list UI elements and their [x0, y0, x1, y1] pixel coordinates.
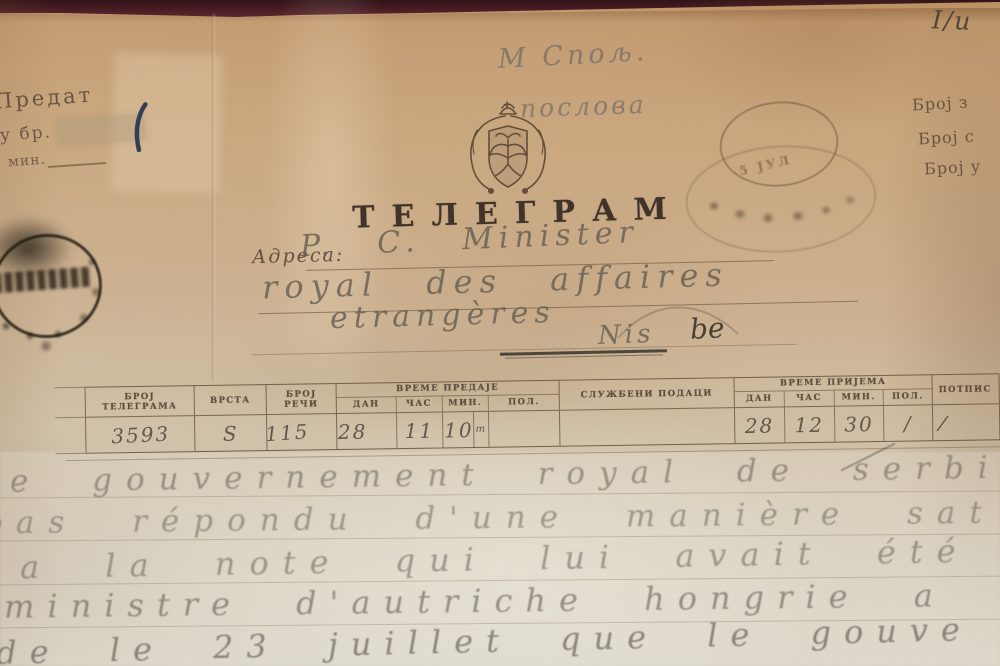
value-broj-reci: 115	[267, 414, 338, 450]
header-sluzbeni-podaci: СЛУЖБЕНИ ПОДАЦИ	[560, 378, 735, 410]
form-field-min: мин.	[7, 152, 46, 171]
header-potpis: ПОТПИС	[932, 374, 999, 404]
postal-stamp-black	[0, 222, 126, 354]
blue-ink-mark	[132, 102, 150, 154]
address-ink-note: be	[689, 311, 725, 346]
value-potpis: /	[933, 404, 1000, 440]
address-city: Nis	[597, 319, 654, 351]
table-edge-line	[56, 453, 86, 455]
header-broj-reci: БРОЈ РЕЧИ	[267, 384, 337, 414]
form-fill-line	[48, 162, 106, 168]
vreme-predaje-subheaders: ДАН ЧАС МИН. ПОЛ.	[337, 394, 559, 413]
form-label-broj-1: Број з	[912, 93, 969, 115]
faint-stamp-lettering	[700, 188, 870, 224]
form-field-u-br: у бр.	[0, 122, 53, 146]
serbian-coat-of-arms-icon	[455, 100, 561, 200]
form-field-predat: Предат	[0, 83, 94, 114]
header-vreme-prijema: ВРЕМЕ ПРИЈЕМА ДАН ЧАС МИН. ПОЛ.	[734, 375, 932, 407]
value-vreme-prijema: 28 12 30 /	[735, 405, 933, 443]
telegram-photo: Предат у бр. мин. М Спољ. послова I/u Бр…	[0, 0, 1000, 666]
form-label-broj-2: Број с	[918, 127, 976, 149]
archive-corner-mark: I/u	[932, 5, 973, 35]
stamp-dot-lettering	[0, 222, 126, 354]
vreme-prijema-subheaders: ДАН ЧАС МИН. ПОЛ.	[735, 389, 932, 407]
value-sluzbeni-podaci	[560, 408, 736, 446]
address-handwriting-line3: etrangères	[330, 295, 557, 336]
city-underline-2	[505, 354, 663, 358]
pencil-annotation-line1: М Спољ.	[497, 36, 649, 75]
form-label-broj-3: Број у	[924, 157, 982, 179]
table-edge-line	[55, 387, 85, 389]
header-vrsta: ВРСТА	[195, 385, 267, 415]
value-broj-telegrama: 3593	[85, 416, 196, 453]
value-vrsta: S	[195, 415, 268, 451]
header-vreme-predaje: ВРЕМЕ ПРЕДАЈЕ ДАН ЧАС МИН. ПОЛ.	[337, 381, 560, 413]
value-vreme-predaje: 28 11 10m	[337, 411, 560, 449]
paper-crease	[212, 14, 215, 382]
table-edge-line	[55, 417, 85, 419]
header-broj-telegrama: БРОЈ ТЕЛЕГРАМА	[85, 386, 195, 417]
